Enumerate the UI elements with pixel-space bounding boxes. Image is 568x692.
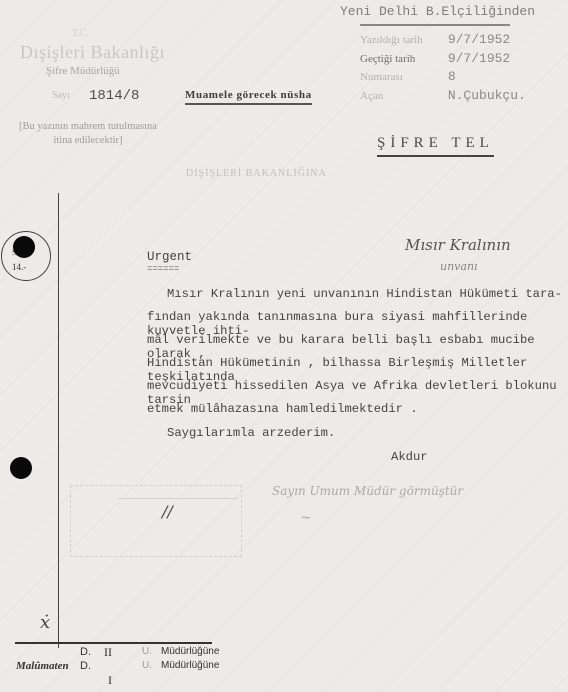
footer-u-1: U.: [142, 646, 152, 657]
document-number: 1814/8: [89, 88, 139, 104]
faded-stamp-divider: [118, 498, 238, 499]
footer-u-2: U.: [142, 660, 152, 671]
handwritten-note-bottom: Sayın Umum Müdür görmüştür: [272, 484, 463, 498]
faded-registry-stamp: [70, 485, 242, 557]
footer-roman-1: II: [104, 645, 112, 660]
meta-value: 8: [448, 69, 456, 84]
footer-office-2: Müdürlüğüne: [161, 660, 219, 671]
punch-hole-icon: [10, 457, 32, 479]
meta-transmitted-date: Geçtiği tarih 9/7/1952: [360, 51, 510, 66]
handwritten-checkmark: ẋ: [40, 612, 50, 633]
footer-d-2: D.: [80, 660, 91, 672]
priority-underline: ======: [147, 264, 179, 274]
body-line: etmek mülâhazasına hamledilmektedir .: [147, 402, 418, 416]
document-type-title: ŞİFRE TEL: [377, 135, 494, 157]
meta-number: Numarası 8: [360, 69, 456, 84]
handling-note: Muamele görecek nüsha: [185, 89, 312, 105]
meta-value: 9/7/1952: [448, 32, 510, 47]
footer-d-1: D.: [80, 646, 91, 658]
closing: Saygılarımla arzederim.: [167, 426, 335, 440]
recipient: DIŞİŞLERİ BAKANLIĞINA: [186, 168, 327, 179]
punch-hole-icon: [13, 236, 35, 258]
footer-rule: [15, 642, 212, 644]
document-number-label: Sayı: [52, 90, 70, 101]
margin-line: [58, 193, 59, 648]
meta-label: Numarası: [360, 71, 440, 83]
sender-underline: [360, 24, 510, 26]
signature: Akdur: [391, 450, 428, 464]
letterhead-state: T.C.: [72, 28, 89, 39]
stamp-time: 14.-: [12, 262, 26, 272]
footer-info-prefix: Malûmaten: [16, 660, 69, 672]
handwritten-initials: ~: [300, 510, 312, 526]
meta-label: Yazıldığı tarih: [360, 34, 440, 46]
handwritten-note-top: Mısır Kralının: [405, 236, 511, 254]
body-line: Mısır Kralının yeni unvanının Hindistan …: [167, 287, 562, 301]
priority-label: Urgent: [147, 250, 192, 264]
letterhead-ministry: Dışişleri Bakanlığı: [20, 42, 165, 63]
meta-value: N.Çubukçu.: [448, 88, 526, 103]
footer-roman-2: I: [108, 673, 112, 688]
footer-office-1: Müdürlüğüne: [161, 646, 219, 657]
sender-embassy: Yeni Delhi B.Elçiliğinden: [340, 4, 535, 19]
handwritten-mark: //: [162, 502, 173, 521]
confidential-note: [Bu yazının mahrem tutulmasına itina edi…: [18, 120, 158, 148]
letterhead-department: Şifre Müdürlüğü: [46, 65, 120, 77]
meta-decoder: Açan N.Çubukçu.: [360, 88, 526, 103]
handwritten-note-top-2: unvanı: [440, 260, 478, 273]
meta-label: Geçtiği tarih: [360, 53, 440, 65]
meta-written-date: Yazıldığı tarih 9/7/1952: [360, 32, 510, 47]
meta-label: Açan: [360, 90, 440, 102]
meta-value: 9/7/1952: [448, 51, 510, 66]
